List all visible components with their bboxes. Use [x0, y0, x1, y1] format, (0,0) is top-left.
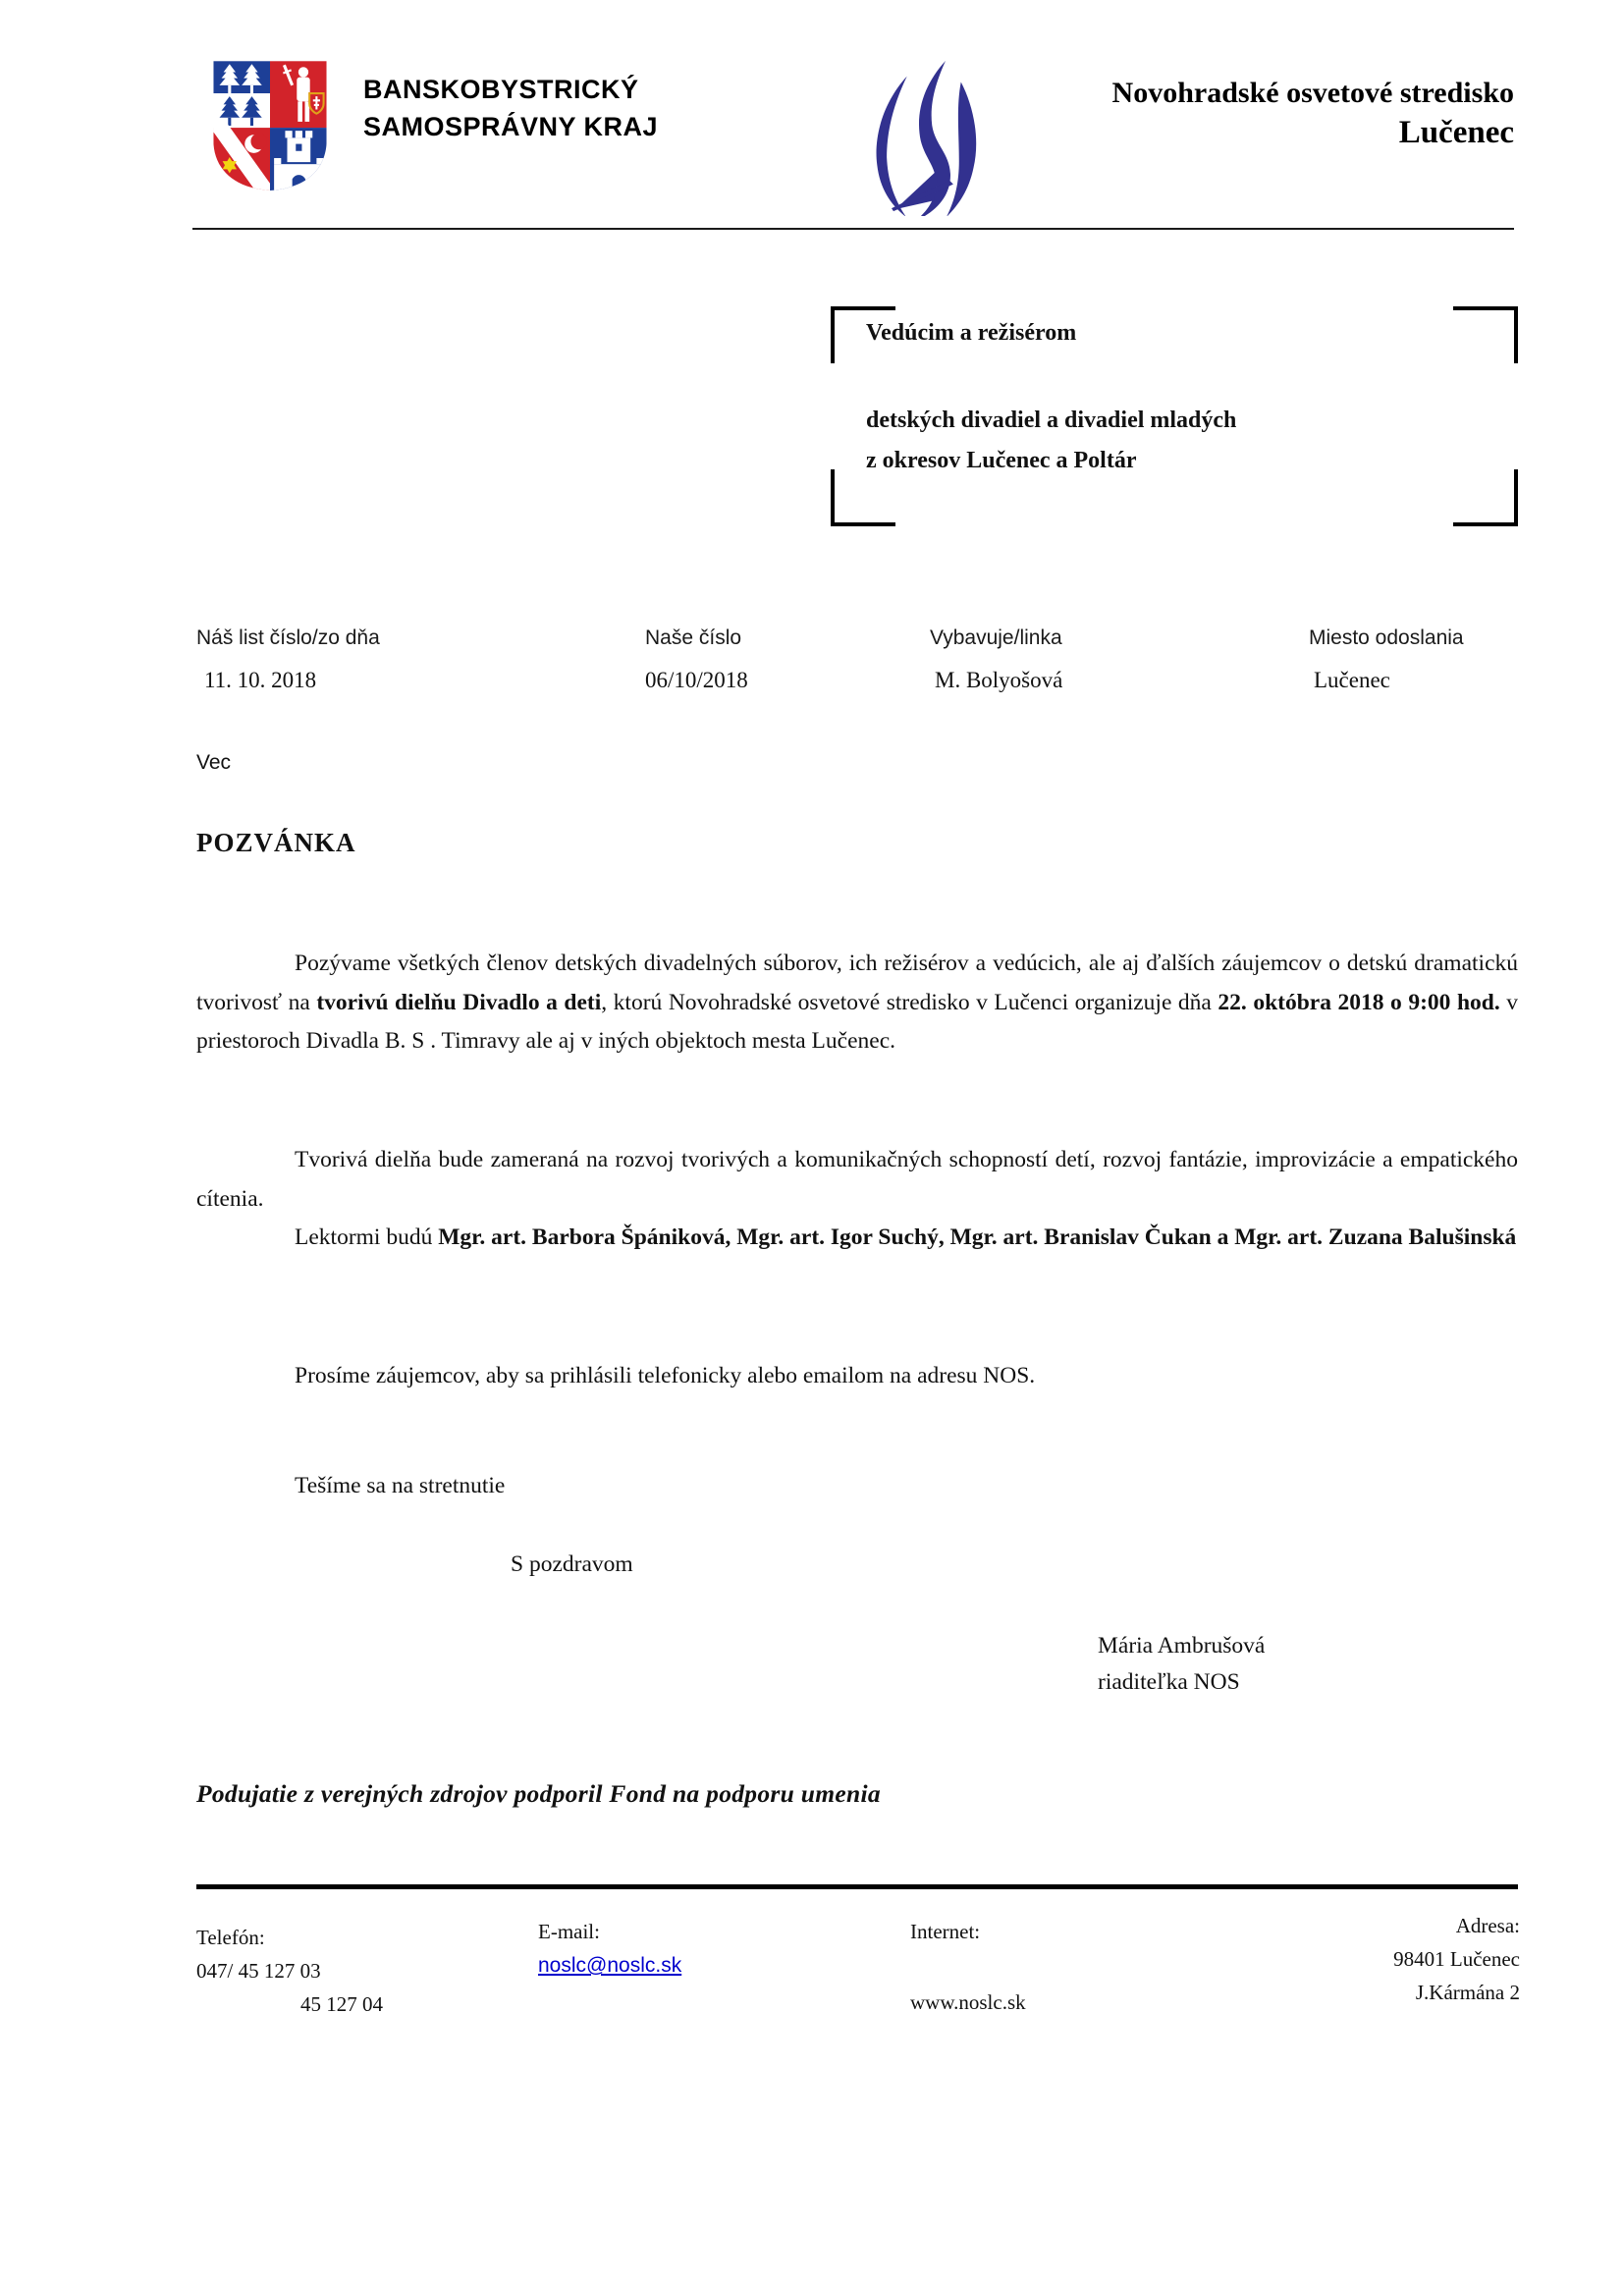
recipient-line2: detských divadiel a divadiel mladých	[866, 401, 1236, 441]
signature-block: Mária Ambrušová riaditeľka NOS	[1098, 1628, 1265, 1701]
closing-regards: S pozdravom	[511, 1551, 633, 1578]
phone-number-1: 047/ 45 127 03	[196, 1959, 321, 1983]
ref-label-handled-by: Vybavuje/linka	[930, 626, 1062, 650]
ref-label-our-number: Naše číslo	[645, 626, 741, 650]
header-divider	[192, 228, 1514, 230]
paragraph-focus: Tvorivá dielňa bude zameraná na rozvoj t…	[196, 1141, 1518, 1219]
address-line2: J.Kármána 2	[1166, 1976, 1520, 2009]
organization-name-line: Novohradské osvetové stredisko	[884, 75, 1514, 112]
paragraph-registration: Prosíme záujemcov, aby sa prihlásili tel…	[196, 1357, 1518, 1396]
p1-bold-workshop: tvorivú dielňu Divadlo a deti	[316, 990, 601, 1015]
address-window-bracket-bottom-right	[1453, 469, 1518, 526]
bbsk-coat-of-arms	[209, 57, 331, 192]
subject-label: Vec	[196, 751, 231, 775]
email-label: E-mail:	[538, 1920, 600, 1943]
footer-phone-block: Telefón: 047/ 45 127 03 45 127 04	[196, 1921, 385, 2021]
p1-bold-date: 22. októbra 2018 o 9:00 hod.	[1218, 990, 1499, 1015]
footer-divider	[196, 1884, 1518, 1889]
paragraph-invitation: Pozývame všetkých členov detských divade…	[196, 945, 1518, 1061]
recipient-lines: detských divadiel a divadiel mladých z o…	[866, 401, 1236, 481]
ref-label-our-letter: Náš list číslo/zo dňa	[196, 626, 380, 650]
footer-internet-block: Internet: www.noslc.sk	[910, 1915, 1026, 2019]
p3-text-start: Lektormi budú	[295, 1224, 438, 1250]
address-label: Adresa:	[1166, 1909, 1520, 1942]
region-name: BANSKOBYSTRICKÝ SAMOSPRÁVNY KRAJ	[363, 71, 658, 145]
ref-label-place: Miesto odoslania	[1309, 626, 1464, 650]
address-window-bracket-top-right	[1453, 306, 1518, 363]
region-name-line2: SAMOSPRÁVNY KRAJ	[363, 108, 658, 145]
internet-label: Internet:	[910, 1920, 980, 1943]
footer-address-block: Adresa: 98401 Lučenec J.Kármána 2	[1166, 1909, 1520, 2009]
ref-value-date: 11. 10. 2018	[204, 668, 316, 693]
address-line1: 98401 Lučenec	[1166, 1942, 1520, 1976]
p3-bold-lecturers: Mgr. art. Barbora Špániková, Mgr. art. I…	[438, 1224, 1516, 1250]
region-name-line1: BANSKOBYSTRICKÝ	[363, 71, 658, 108]
organization-name: Novohradské osvetové stredisko Lučenec	[884, 75, 1514, 153]
funding-note: Podujatie z verejných zdrojov podporil F…	[196, 1779, 881, 1809]
paragraph-focus-and-lecturers: Tvorivá dielňa bude zameraná na rozvoj t…	[196, 1141, 1518, 1258]
email-link[interactable]: noslc@noslc.sk	[538, 1954, 681, 1977]
phone-number-2: 45 127 04	[196, 1987, 383, 2021]
organization-city: Lučenec	[884, 112, 1514, 153]
letter-page: BANSKOBYSTRICKÝ SAMOSPRÁVNY KRAJ Novohra…	[0, 0, 1624, 2285]
recipient-line3: z okresov Lučenec a Poltár	[866, 441, 1236, 481]
website-text: www.noslc.sk	[910, 1986, 1026, 2019]
phone-label: Telefón:	[196, 1926, 265, 1949]
ref-value-number: 06/10/2018	[645, 668, 748, 693]
ref-value-handler: M. Bolyošová	[935, 668, 1062, 693]
closing-looking-forward: Tešíme sa na stretnutie	[196, 1473, 1518, 1499]
signature-name: Mária Ambrušová	[1098, 1628, 1265, 1664]
signature-title: riaditeľka NOS	[1098, 1664, 1265, 1701]
subject-title: POZVÁNKA	[196, 828, 356, 858]
recipient-line1: Vedúcim a režisérom	[866, 320, 1076, 347]
p1-text-mid: , ktorú Novohradské osvetové stredisko v…	[601, 990, 1218, 1015]
ref-value-place: Lučenec	[1314, 668, 1390, 693]
footer-email-block: E-mail: noslc@noslc.sk	[538, 1915, 681, 1983]
